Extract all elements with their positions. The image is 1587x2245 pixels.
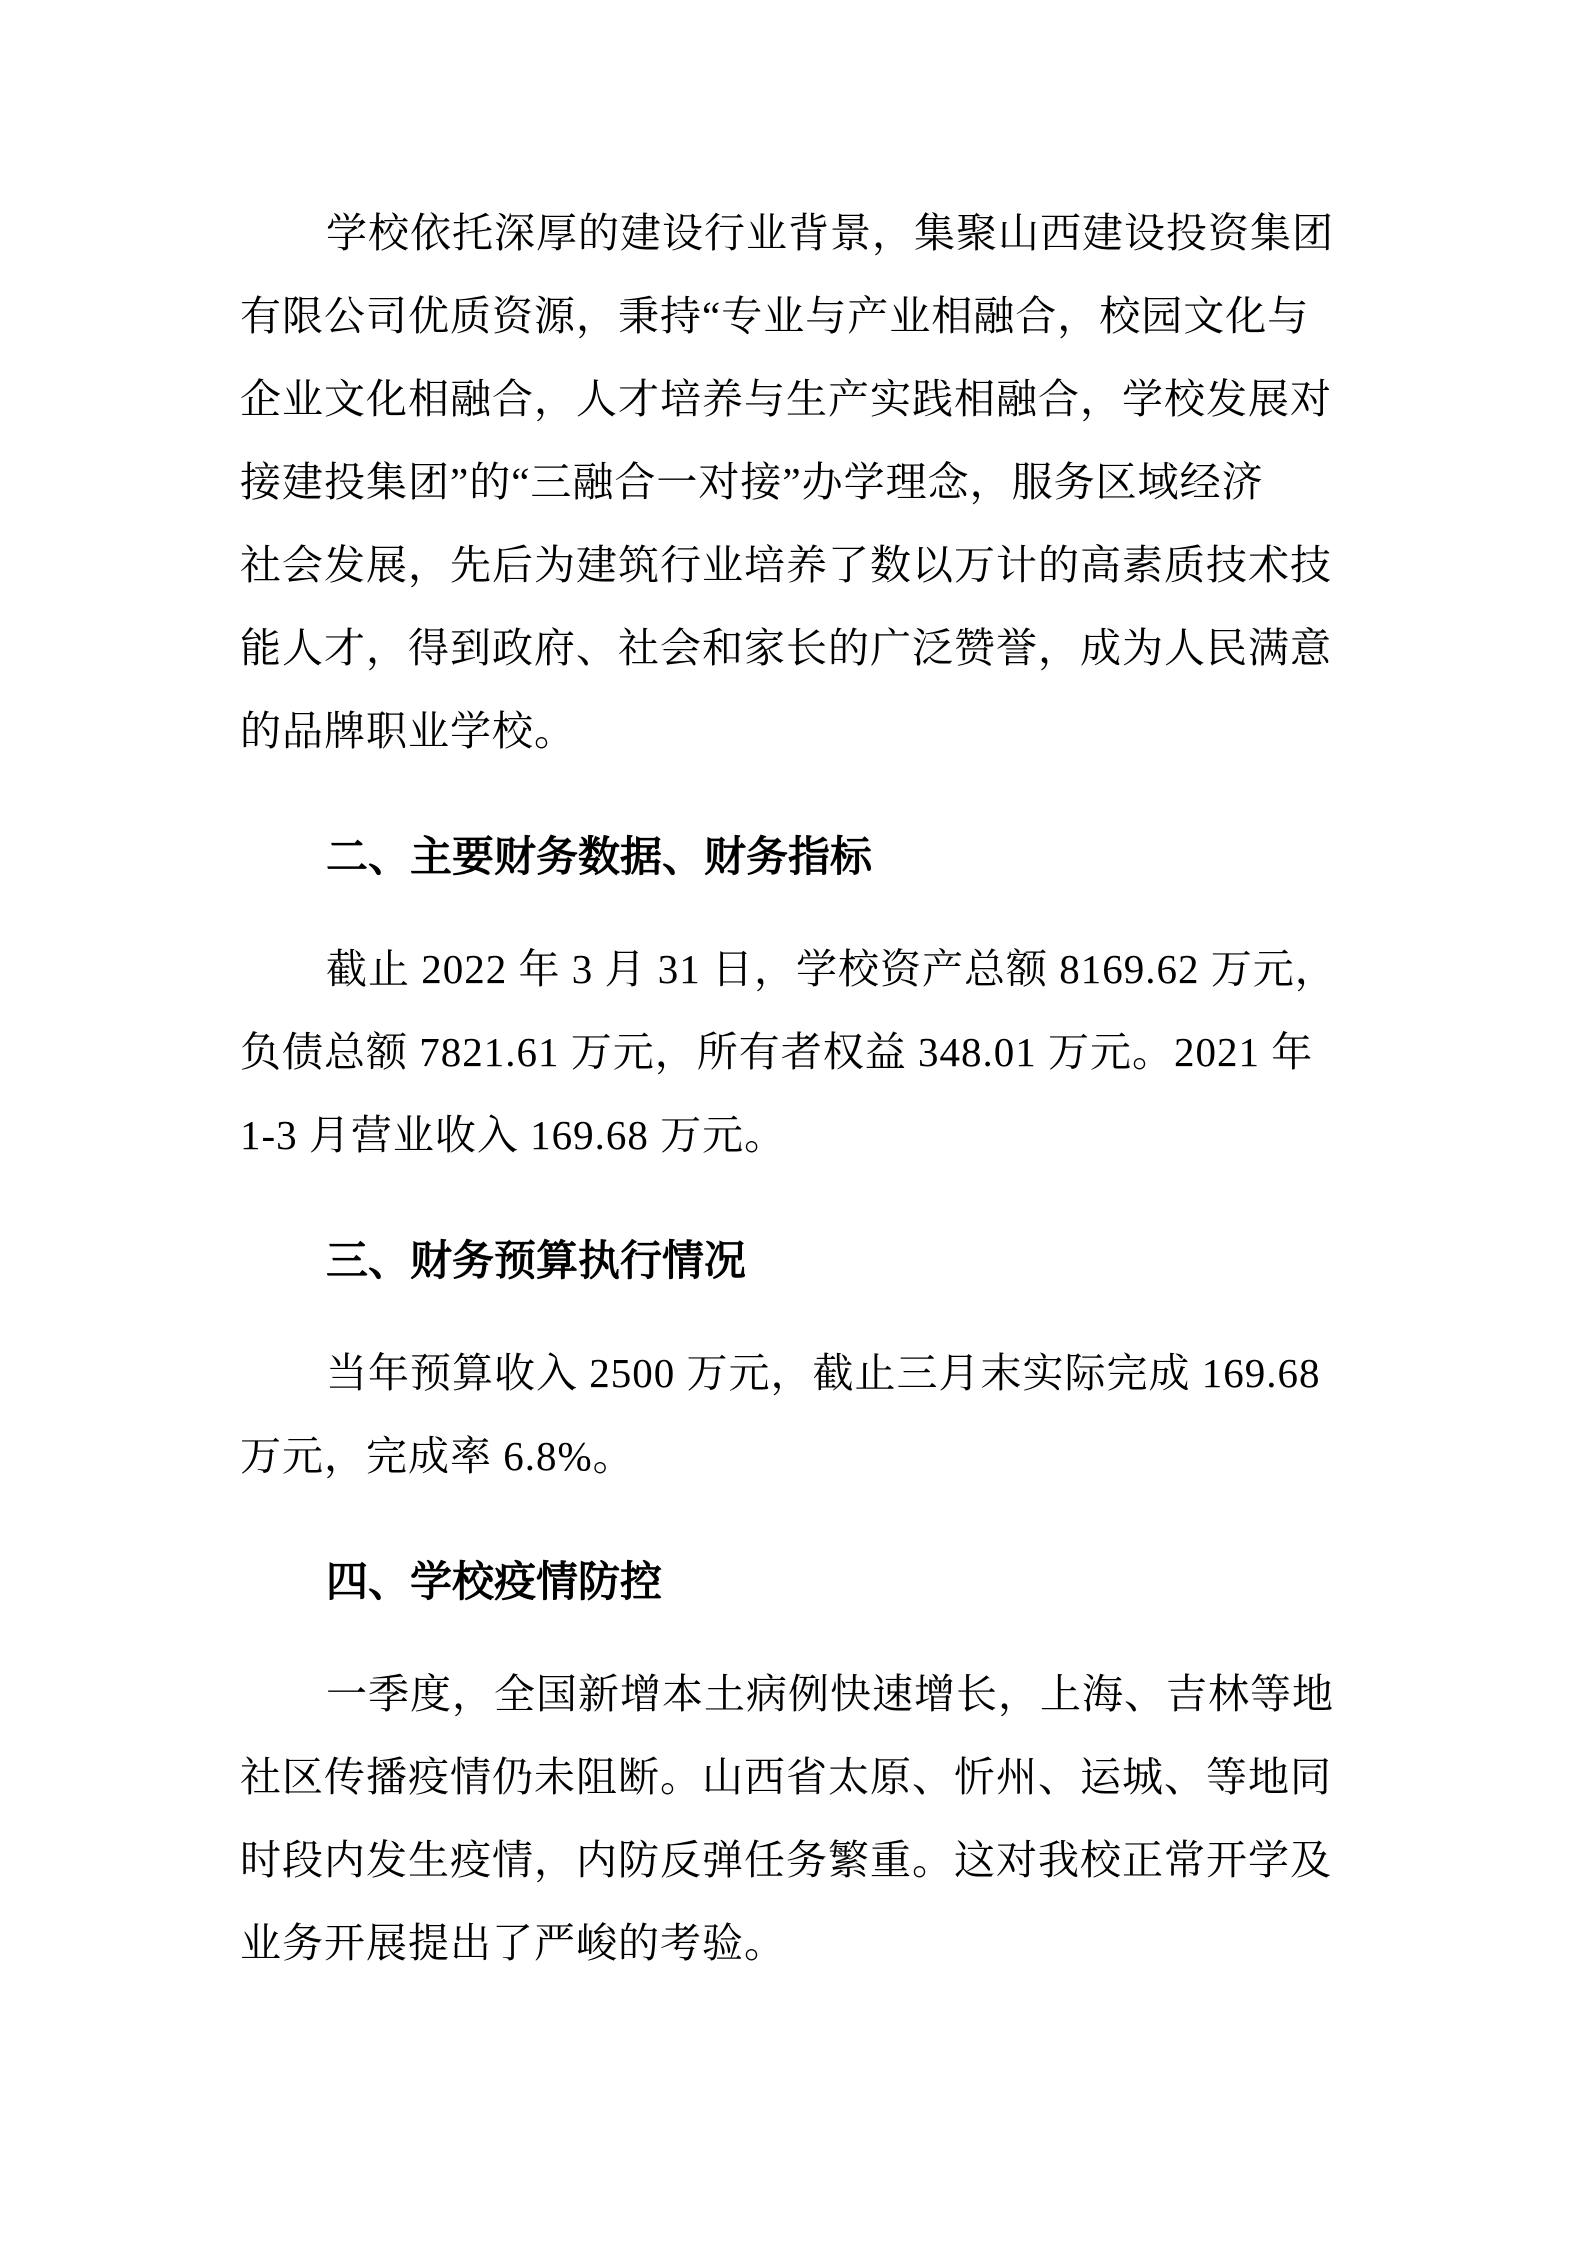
paragraph-line: 社区传播疫情仍未阻断。山西省太原、忻州、运城、等地同 <box>240 1736 1343 1819</box>
section-heading: 二、主要财务数据、财务指标 <box>240 815 1343 898</box>
paragraph-line: 1-3 月营业收入 169.68 万元。 <box>240 1094 1343 1177</box>
paragraph-line: 当年预算收入 2500 万元，截止三月末实际完成 169.68 <box>240 1332 1343 1415</box>
paragraph-line: 截止 2022 年 3 月 31 日，学校资产总额 8169.62 万元， <box>240 928 1343 1011</box>
paragraph-line: 学校依托深厚的建设行业背景，集聚山西建设投资集团 <box>240 192 1343 275</box>
section-heading: 三、财务预算执行情况 <box>240 1219 1343 1302</box>
paragraph-line: 企业文化相融合，人才培养与生产实践相融合，学校发展对 <box>240 358 1343 441</box>
paragraph-line: 接建投集团”的“三融合一对接”办学理念，服务区域经济 <box>240 441 1343 524</box>
paragraph-line: 的品牌职业学校。 <box>240 690 1343 773</box>
paragraph-line: 社会发展，先后为建筑行业培养了数以万计的高素质技术技 <box>240 524 1343 607</box>
document-page: 学校依托深厚的建设行业背景，集聚山西建设投资集团有限公司优质资源，秉持“专业与产… <box>0 0 1587 2245</box>
paragraph-line: 能人才，得到政府、社会和家长的广泛赞誉，成为人民满意 <box>240 607 1343 690</box>
paragraph-line: 万元，完成率 6.8%。 <box>240 1415 1343 1498</box>
paragraph-line: 业务开展提出了严峻的考验。 <box>240 1902 1343 1985</box>
paragraph-line: 有限公司优质资源，秉持“专业与产业相融合，校园文化与 <box>240 275 1343 358</box>
paragraph-line: 负债总额 7821.61 万元，所有者权益 348.01 万元。2021 年 <box>240 1011 1343 1094</box>
document-content: 学校依托深厚的建设行业背景，集聚山西建设投资集团有限公司优质资源，秉持“专业与产… <box>240 192 1343 1985</box>
section-heading: 四、学校疫情防控 <box>240 1540 1343 1623</box>
paragraph-line: 一季度，全国新增本土病例快速增长，上海、吉林等地 <box>240 1653 1343 1736</box>
paragraph-line: 时段内发生疫情，内防反弹任务繁重。这对我校正常开学及 <box>240 1819 1343 1902</box>
